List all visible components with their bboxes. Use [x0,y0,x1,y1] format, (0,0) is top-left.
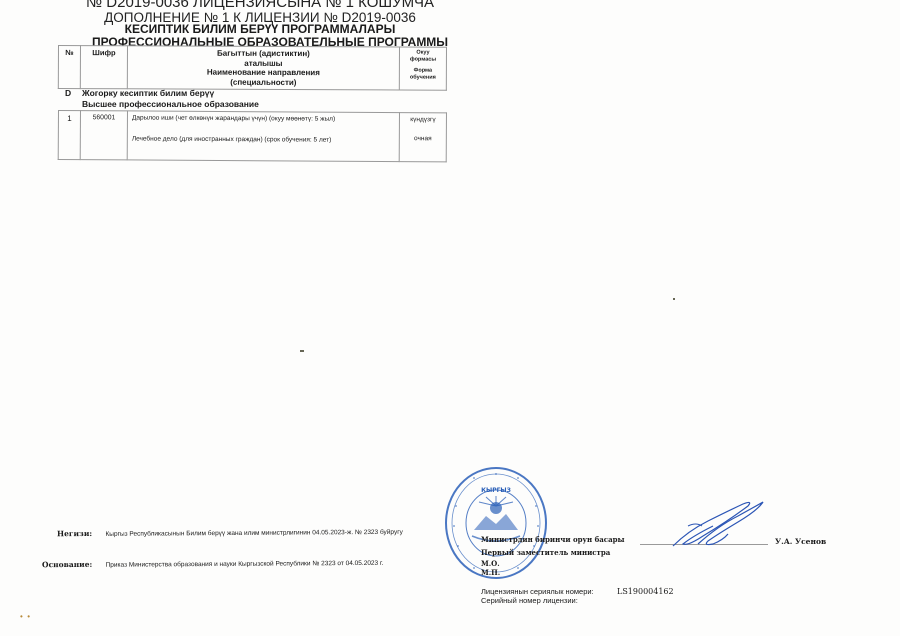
row-no: 1 [58,111,80,160]
row-form: күндүзгү очная [399,113,446,162]
serial-label-ky: Лицензиянын сериялык номери: [481,587,594,596]
row-code: 560001 [80,111,127,160]
col-form-header: Окуу формасы Форма обучения [399,47,446,90]
title-ky: КЕСИПТИК БИЛИМ БЕРҮҮ ПРОГРАММАЛАРЫ [60,22,460,36]
serial-number: LS190004162 [617,587,674,596]
scan-speck [300,350,304,352]
col-name-header: Багыттын (адистиктин) аталышы Наименован… [127,46,399,90]
handwritten-signature-icon [668,496,768,551]
stamp-place-ky: М.О. [481,559,500,568]
basis-ky: Негизи: Кыргыз Республикасынын Билим бер… [57,521,403,541]
signer-title-ru: Первый заместитель министра [481,548,610,557]
svg-text:КЫРГЫЗ: КЫРГЫЗ [481,487,511,494]
table-row: 1 560001 Дарылоо иши (чет өлкөнүн жаранд… [58,111,446,162]
basis-ky-text: Кыргыз Республикасынын Билим берүү жана … [105,529,402,538]
row-name: Дарылоо иши (чет өлкөнүн жарандары үчүн)… [127,111,399,162]
section-title-ru: Высшее профессиональное образование [82,99,259,109]
signer-title-ky: Министрдин биринчи орун басары [481,535,625,544]
section-letter: D [65,88,71,98]
signer-name: У.А. Усенов [775,537,826,546]
table-header: № Шифр Багыттын (адистиктин) аталышы Наи… [58,45,447,91]
programs-table: 1 560001 Дарылоо иши (чет өлкөнүн жаранд… [58,110,447,162]
col-no-header: № [58,46,80,89]
row-name-ky: Дарылоо иши (чет өлкөнүн жарандары үчүн)… [130,114,397,123]
col-code-header: Шифр [80,46,127,89]
row-name-ru: Лечебное дело (для иностранных граждан) … [130,135,397,144]
row-form-ky: күндүзгү [402,116,444,123]
scan-speck [673,298,675,300]
scan-stain: • • [20,612,30,621]
col-form-ru-2: обучения [402,75,444,82]
section-title-ky: Жогорку кесиптик билим берүү [82,88,214,98]
row-form-ru: очная [402,135,444,142]
serial-label-ru: Серийный номер лицензии: [481,596,578,605]
stamp-place-ru: М.П. [481,568,500,577]
basis-ky-label: Негизи: [57,529,92,538]
basis-ru-label: Основание: [42,560,92,569]
basis-ru-text: Приказ Министерства образования и науки … [106,560,384,569]
col-name-ru-2: (специальности) [130,77,397,88]
basis-ru: Основание: Приказ Министерства образован… [42,552,383,572]
